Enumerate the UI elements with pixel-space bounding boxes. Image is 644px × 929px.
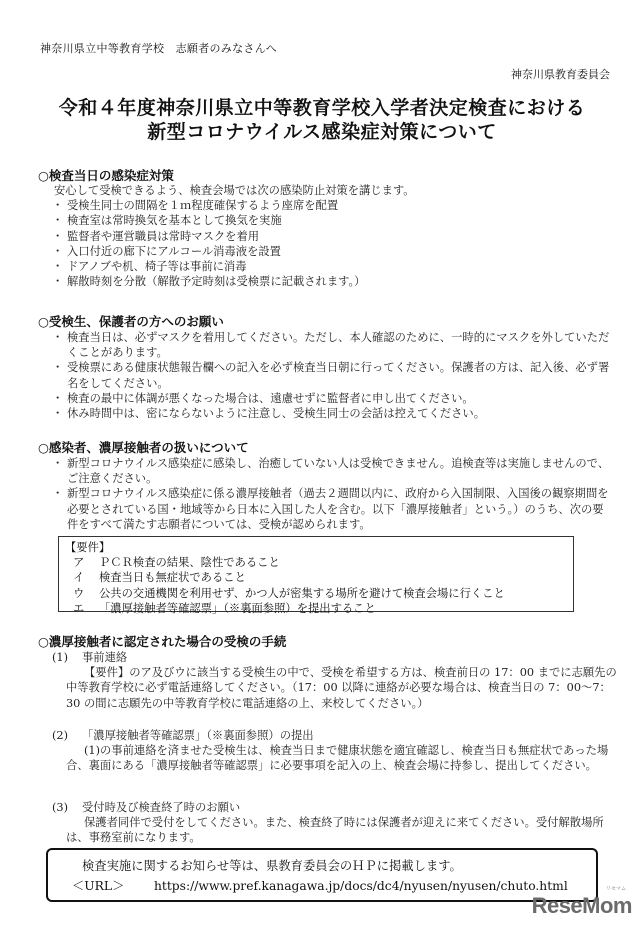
notice-box: 検査実施に関するお知らせ等は、県教育委員会のＨＰに掲載します。 ＜URL＞ ht… (46, 848, 598, 902)
notice-url-link[interactable]: https://www.pref.kanagawa.jp/docs/dc4/ny… (154, 876, 568, 896)
step-body: (1)の事前連絡を済ませた受検生は、検査当日まで健康状態を適宜確認し、検査当日も… (52, 743, 618, 773)
list-item: 解散時刻を分散（解散予定時刻は受検票に記載されます。） (54, 274, 614, 289)
requirements-label: 【要件】 (65, 540, 567, 555)
requirement-mark: ア (65, 555, 99, 570)
requirement-text: ＰＣＲ検査の結果、陰性であること (99, 555, 280, 570)
section-intro: 安心して受検できるよう、検査会場では次の感染防止対策を講じます。 (54, 183, 614, 198)
requirement-mark: エ (65, 601, 99, 616)
url-row: ＜URL＞ https://www.pref.kanagawa.jp/docs/… (82, 876, 596, 896)
list-item: 検査当日は、必ずマスクを着用してください。ただし、本人確認のために、一時的にマス… (54, 330, 614, 360)
requirement-mark: ウ (65, 586, 99, 601)
section-infection-measures-heading: ○検査当日の感染症対策 (38, 166, 174, 184)
list-item: 監督者や運営職員は常時マスクを着用 (54, 229, 614, 244)
list-item: ドアノブや机、椅子等は事前に消毒 (54, 259, 614, 274)
document-title: 令和４年度神奈川県立中等教育学校入学者決定検査における 新型コロナウイルス感染症… (0, 96, 644, 144)
list-item: 検査の最中に体調が悪くなった場合は、遠慮せずに監督者に申し出てください。 (54, 391, 614, 406)
step-body: 保護者同伴で受付をしてください。また、検査終了時には保護者が迎えに来てください。… (52, 815, 618, 845)
watermark-subtext: リセマム (606, 885, 626, 892)
requirement-mark: イ (65, 570, 99, 585)
section-infected-body: 新型コロナウイルス感染症に感染し、治癒していない人は受検できません。追検査等は実… (54, 456, 614, 532)
step-title: (3)受付時及び検査終了時のお願い (52, 800, 618, 815)
list-item: 休み時間中は、密にならないように注意し、受検生同士の会話は控えてください。 (54, 406, 614, 421)
measures-list: 受検生同士の間隔を１ｍ程度確保するよう座席を配置 検査室は常時換気を基本として換… (54, 198, 614, 289)
requests-list: 検査当日は、必ずマスクを着用してください。ただし、本人確認のために、一時的にマス… (54, 330, 614, 421)
section-requests-heading: ○受検生、保護者の方へのお願い (38, 312, 224, 330)
title-line-2: 新型コロナウイルス感染症対策について (0, 120, 644, 144)
requirement-text: 検査当日も無症状であること (99, 570, 246, 585)
list-item: 入口付近の廊下にアルコール消毒液を設置 (54, 244, 614, 259)
addressee: 神奈川県立中等教育学校 志願者のみなさんへ (40, 40, 277, 56)
list-item: 検査室は常時換気を基本として換気を実施 (54, 213, 614, 228)
requirement-text: 「濃厚接触者等確認票」（※裏面参照）を提出すること (99, 601, 376, 616)
requirements-box: 【要件】 ア ＰＣＲ検査の結果、陰性であること イ 検査当日も無症状であること … (58, 536, 574, 612)
section-procedure-heading: ○濃厚接触者に認定された場合の受検の手続 (38, 632, 286, 650)
notice-text: 検査実施に関するお知らせ等は、県教育委員会のＨＰに掲載します。 (82, 856, 596, 876)
step-body: 【要件】のア及びウに該当する受検生の中で、受検を希望する方は、検査前日の 17：… (52, 665, 618, 711)
step-number: (1) (52, 650, 82, 665)
section-infected-heading: ○感染者、濃厚接触者の扱いについて (38, 438, 249, 456)
requirement-item: イ 検査当日も無症状であること (65, 570, 567, 585)
step-title-text: 「濃厚接触者等確認票」（※裏面参照）の提出 (82, 729, 314, 742)
procedure-step-2: (2)「濃厚接触者等確認票」（※裏面参照）の提出 (1)の事前連絡を済ませた受検… (52, 728, 618, 774)
section-requests-body: 検査当日は、必ずマスクを着用してください。ただし、本人確認のために、一時的にマス… (54, 330, 614, 421)
list-item: 新型コロナウイルス感染症に係る濃厚接触者（過去２週間以内に、政府から入国制限、入… (54, 486, 614, 532)
infected-list: 新型コロナウイルス感染症に感染し、治癒していない人は受検できません。追検査等は実… (54, 456, 614, 532)
requirement-text: 公共の交通機関を利用せず、かつ人が密集する場所を避けて検査会場に行くこと (99, 586, 505, 601)
list-item: 受検生同士の間隔を１ｍ程度確保するよう座席を配置 (54, 198, 614, 213)
step-title-text: 受付時及び検査終了時のお願い (82, 801, 240, 814)
step-title-text: 事前連絡 (82, 651, 127, 664)
procedure-step-1: (1)事前連絡 【要件】のア及びウに該当する受検生の中で、受検を希望する方は、検… (52, 650, 618, 711)
procedure-step-3: (3)受付時及び検査終了時のお願い 保護者同伴で受付をしてください。また、検査終… (52, 800, 618, 846)
list-item: 受検票にある健康状態報告欄への記入を必ず検査当日朝に行ってください。保護者の方は… (54, 360, 614, 390)
step-number: (3) (52, 800, 82, 815)
list-item: 新型コロナウイルス感染症に感染し、治癒していない人は受検できません。追検査等は実… (54, 456, 614, 486)
title-line-1: 令和４年度神奈川県立中等教育学校入学者決定検査における (0, 96, 644, 120)
requirement-item: エ 「濃厚接触者等確認票」（※裏面参照）を提出すること (65, 601, 567, 616)
requirement-item: ウ 公共の交通機関を利用せず、かつ人が密集する場所を避けて検査会場に行くこと (65, 586, 567, 601)
resemom-watermark-logo: ReseMom (532, 893, 632, 919)
section-infection-measures-body: 安心して受検できるよう、検査会場では次の感染防止対策を講じます。 受検生同士の間… (54, 183, 614, 289)
url-label: ＜URL＞ (72, 876, 154, 896)
step-title: (1)事前連絡 (52, 650, 618, 665)
step-title: (2)「濃厚接触者等確認票」（※裏面参照）の提出 (52, 728, 618, 743)
sender: 神奈川県教育委員会 (511, 66, 610, 82)
requirement-item: ア ＰＣＲ検査の結果、陰性であること (65, 555, 567, 570)
step-number: (2) (52, 728, 82, 743)
